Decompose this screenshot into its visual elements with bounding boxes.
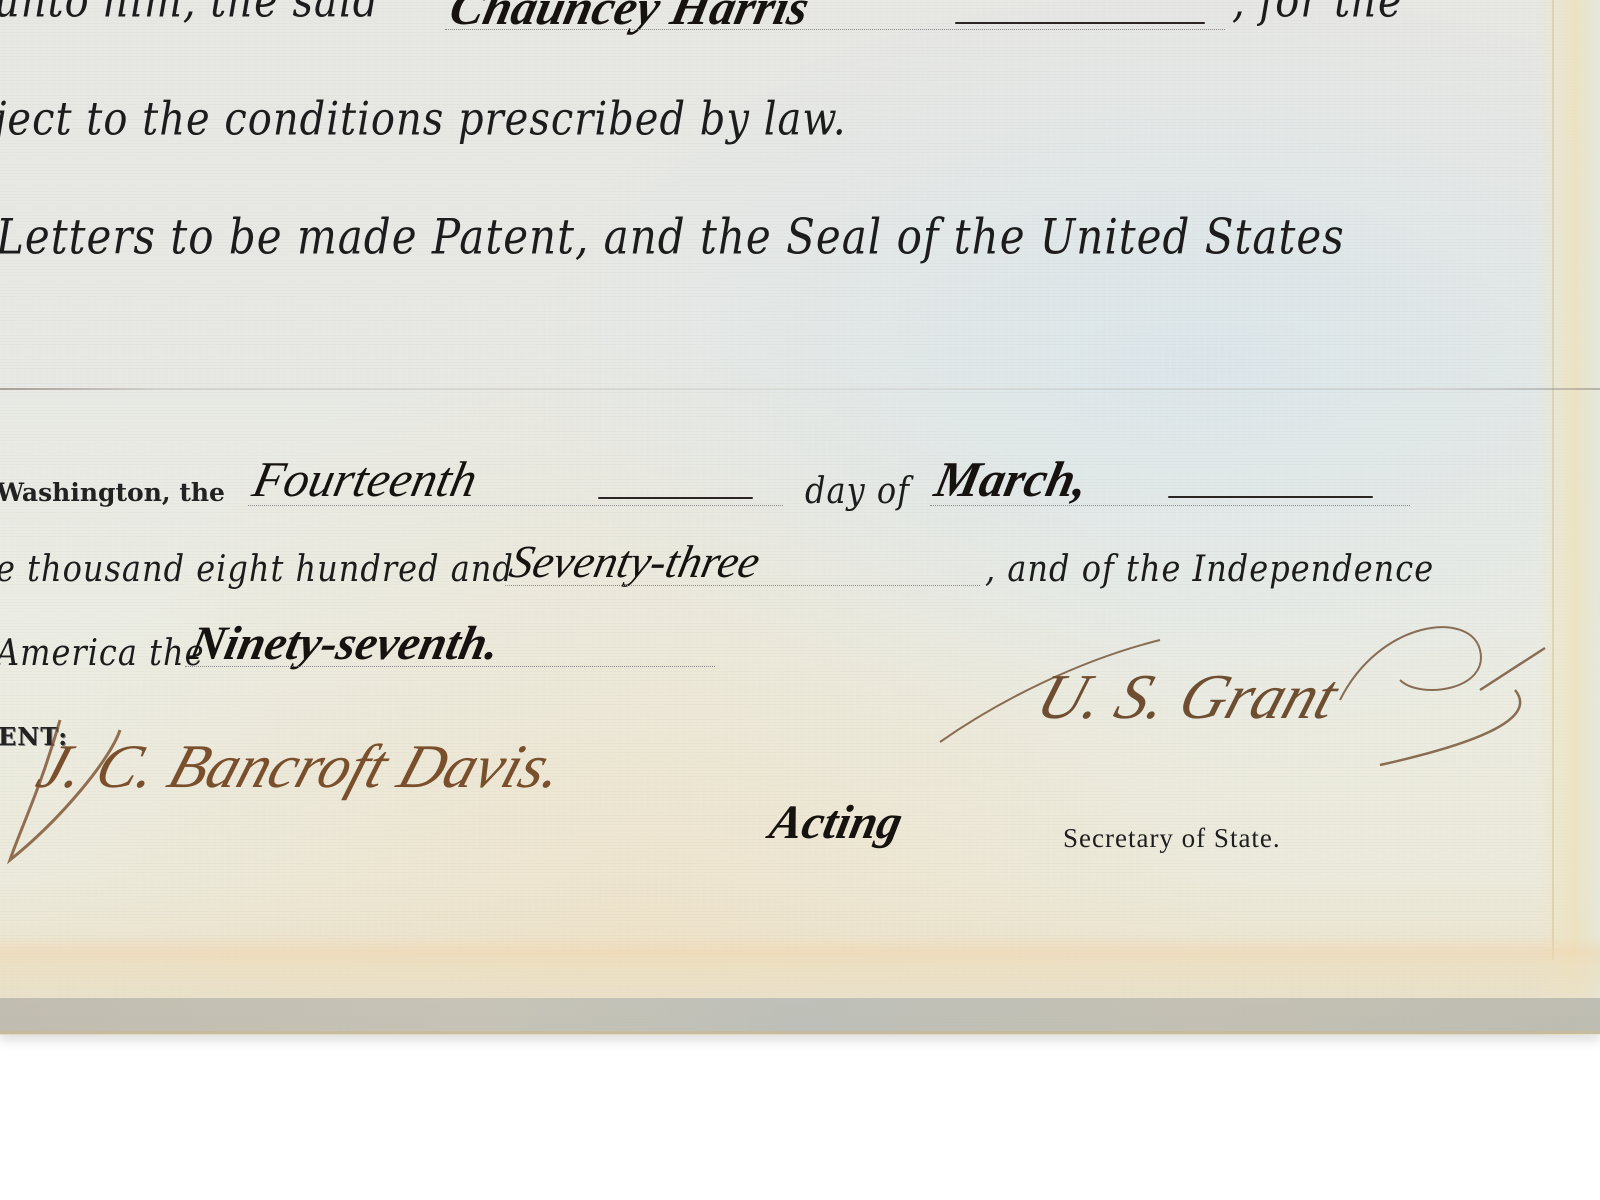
grantee-name-line: [445, 29, 1225, 30]
grant-text-line1-suffix: , for the: [1232, 0, 1403, 28]
secretary-signature: J. C. Bancroft Davis.: [28, 732, 572, 803]
date-day-line: [248, 505, 783, 506]
year-line: [505, 585, 980, 586]
date-month: March,: [930, 450, 1094, 508]
acting-label: Acting: [765, 795, 907, 850]
bottom-ornamental-band: [0, 935, 1600, 1005]
pen-dash: [598, 497, 753, 499]
year-prefix: e thousand eight hundred and: [0, 546, 514, 590]
year-value: Seventy-three: [505, 535, 765, 588]
pen-dash: [1168, 496, 1373, 498]
pen-dash: [955, 22, 1205, 24]
grant-text-line1-prefix: unto him, the said: [0, 0, 379, 28]
date-month-line: [930, 505, 1410, 506]
date-mid-text: day of: [805, 468, 910, 512]
independence-year: Ninety-seventh.: [185, 616, 505, 671]
independence-prefix: America the: [0, 630, 205, 674]
patent-seal-text: Letters to be made Patent, and the Seal …: [0, 209, 1345, 265]
scan-canvas: unto him, the said Chauncey Harris , for…: [0, 0, 1600, 1200]
president-signature: U. S. Grant: [1028, 660, 1347, 734]
grantee-name: Chauncey Harris: [445, 0, 814, 36]
paper-right-margin: [1538, 0, 1600, 1035]
paper-bottom-edge: [0, 998, 1600, 1034]
year-suffix: , and of the Independence: [985, 546, 1434, 590]
date-day: Fourteenth: [248, 450, 483, 508]
signature-flourishes: [0, 0, 1600, 1035]
secretary-title: Secretary of State.: [1063, 823, 1281, 854]
date-prefix: Washington, the: [0, 478, 225, 507]
independence-line: [185, 666, 715, 667]
conditions-text: ject to the conditions prescribed by law…: [0, 93, 847, 146]
fold-crease: [0, 388, 1600, 390]
patent-document-paper: unto him, the said Chauncey Harris , for…: [0, 0, 1600, 1035]
border-rule: [1552, 0, 1554, 960]
